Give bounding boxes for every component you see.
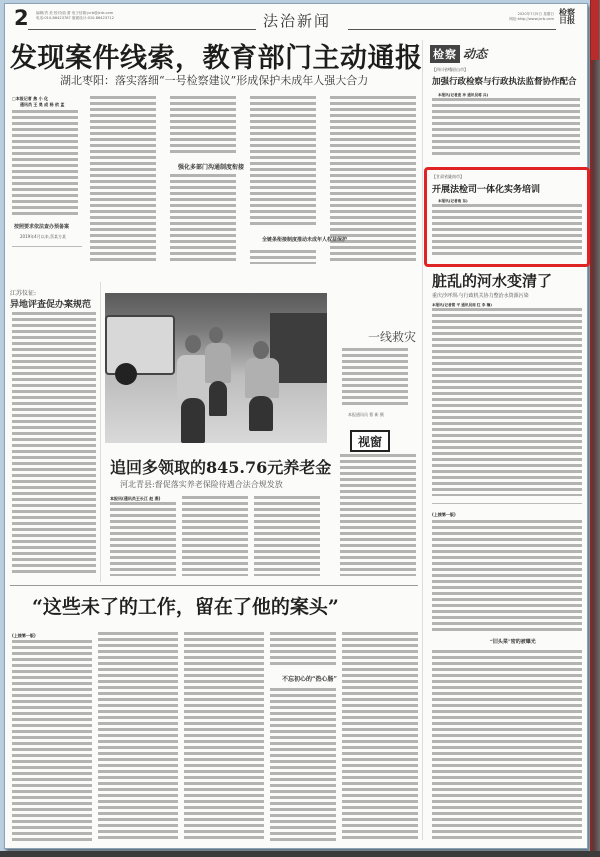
masthead-meta-line: 电话:010-86423787 版面设计:010-86423712 (36, 16, 156, 21)
lead-column-3b: 日前,枣阳市检察院联合市教育局开展专项督导检查,督促学校落实强制报告制度,对发现… (170, 174, 236, 262)
bottom-column-1: “这些未了的工作，留在了他的案头” (12, 640, 92, 842)
person-shape (205, 343, 231, 383)
item2-body: 开展法检司一体化实务培训 (432, 204, 582, 258)
pension-column-3: 追回多领取的845.76元养老金 (254, 496, 320, 576)
masthead-rule (348, 29, 556, 30)
window-bottom-edge (0, 851, 600, 857)
left-story-body: 本报讯(通讯员朱永宁)近日,江苏省仪征市检察院邀请扬州市检察院开展异地交叉案件评… (12, 312, 96, 576)
person-head (209, 327, 223, 343)
item2-tag: 【甘肃省陇南市】 (432, 174, 464, 180)
lead-column-1: 日前,枣阳市检察院联合市教育局开展专项督导检查,督促学校落实强制报告制度,对发现… (12, 110, 78, 218)
lead-column-3a: 日前,枣阳市检察院联合市教育局开展专项督导检查,督促学校落实强制报告制度,对发现… (170, 96, 236, 156)
video-badge: 视窗 (350, 430, 390, 452)
item2-title: 开展法检司一体化实务培训 (432, 182, 540, 195)
url-line: 网址:http://www.jcrb.com (486, 17, 554, 22)
person-legs (249, 396, 273, 431)
bottom-column-4b: “这些未了的工作，留在了他的案头” (270, 688, 336, 842)
left-story-title: 异地评查促办案规范 (10, 297, 91, 310)
news-photo (105, 293, 327, 443)
person-legs (209, 381, 227, 416)
pension-column-2: 追回多领取的845.76元养老金 (182, 496, 248, 576)
truck-shape (105, 315, 175, 375)
procuratorial-news-badge: 检察 动态 (430, 45, 487, 62)
divider (12, 246, 82, 247)
badge-box: 检察 (430, 45, 460, 63)
person-head (253, 341, 269, 359)
masthead: 2 编辑/责 美 校对/值 蕾 电子信箱:jcrb@jcrb.com 电话:01… (8, 8, 580, 30)
section-title: 法治新闻 (263, 10, 331, 31)
column-divider (422, 40, 423, 840)
lead-column-4b: 日前,枣阳市检察院联合市教育局开展专项督导检查,督促学校落实强制报告制度,对发现… (250, 250, 316, 264)
person-head (185, 335, 201, 353)
bottom-column-2: “这些未了的工作，留在了他的案头” (98, 632, 178, 842)
column-divider (100, 282, 101, 582)
pension-headline: 追回多领取的845.76元养老金 (110, 455, 331, 478)
newspaper-logo: 检察日报 (559, 8, 575, 24)
lead-left-note: 2019年4月以来,蔡某方某 (20, 234, 66, 240)
bottom-column-4a: “这些未了的工作，留在了他的案头” (270, 632, 336, 668)
photo-caption-title: 一线救灾 (368, 328, 416, 345)
pension-column-1: 追回多领取的845.76元养老金 (110, 502, 176, 576)
photo-caption-body: 近日,贵州省铜仁市碧江区检察院干警深入受灾一线,协助转移群众,搬运救灾物资,帮助… (342, 348, 408, 408)
right-continued-body: 脏乱的河水变清了 (432, 520, 582, 634)
person-legs (181, 398, 205, 443)
item1-tag: 【四川省峨眉山市】 (432, 67, 468, 73)
scrollbar[interactable] (590, 0, 600, 857)
lead-left-note-title: 按照要求依法查办预备案 (14, 223, 69, 230)
right-continued-body-2: 脏乱的河水变清了 (432, 650, 582, 842)
bottom-headline: “这些未了的工作，留在了他的案头” (32, 592, 339, 619)
bottom-subheading: 不忘初心的“热心肠” (282, 674, 337, 683)
lead-headline: 发现案件线索，教育部门主动通报 (10, 36, 422, 75)
scrollbar-thumb[interactable] (591, 0, 599, 60)
photo-credit: 本报通讯员 曹 新 摄 (348, 412, 384, 418)
byline-line: 通讯员 王 昊 成 杨 依 孟 (12, 102, 72, 108)
lead-column-4: 日前,枣阳市检察院联合市教育局开展专项督导检查,督促学校落实强制报告制度,对发现… (250, 96, 316, 226)
badge-tail: 动态 (463, 45, 487, 62)
river-body: 脏乱的河水变清了 (432, 308, 582, 496)
divider (10, 585, 418, 586)
masthead-rule (28, 29, 256, 30)
right-kicker: (上接第一版) (432, 512, 456, 518)
masthead-date: 2020年7月5日 星期日 网址:http://www.jcrb.com (486, 12, 554, 22)
lead-byline: □本报记者 焦 小 化 通讯员 王 昊 成 杨 依 孟 (12, 96, 72, 108)
masthead-meta: 编辑/责 美 校对/值 蕾 电子信箱:jcrb@jcrb.com 电话:010-… (36, 11, 156, 21)
lead-subheading-1: 强化多部门沟通制度衔接 (178, 162, 244, 171)
pension-column-4: 追回多领取的845.76元养老金 (340, 454, 416, 576)
left-story-kicker: 江苏仪征: (10, 288, 36, 297)
bottom-column-3: “这些未了的工作，留在了他的案头” (184, 632, 264, 842)
divider (432, 503, 582, 504)
lead-column-2: 日前,枣阳市检察院联合市教育局开展专项督导检查,督促学校落实强制报告制度,对发现… (90, 96, 156, 262)
truck-wheel (115, 363, 137, 385)
item1-title: 加强行政检察与行政执法监督协作配合 (432, 75, 577, 87)
page-number: 2 (14, 6, 29, 30)
bottom-column-5: “这些未了的工作，留在了他的案头” (342, 632, 418, 842)
person-shape (245, 358, 279, 398)
lead-column-5: 日前,枣阳市检察院联合市教育局开展专项督导检查,督促学校落实强制报告制度,对发现… (330, 96, 416, 262)
lead-subhead: 湖北枣阳：落实落细“一号检察建议”形成保护未成年人强大合力 (60, 72, 368, 88)
river-subhead: 重庆沙坪坝:与行政机关协力整治水资源污染 (432, 292, 529, 299)
bottom-kicker: (上接第一版) (12, 633, 36, 639)
river-headline: 脏乱的河水变清了 (432, 270, 552, 291)
item1-body: 加强行政检察与行政执法监督协作配合 (432, 98, 580, 158)
right-subheading: “旧头菜”密的被曝光 (490, 638, 536, 645)
pension-subhead: 河北青县:督促落实养老保险待遇合法合规发放 (120, 479, 283, 490)
